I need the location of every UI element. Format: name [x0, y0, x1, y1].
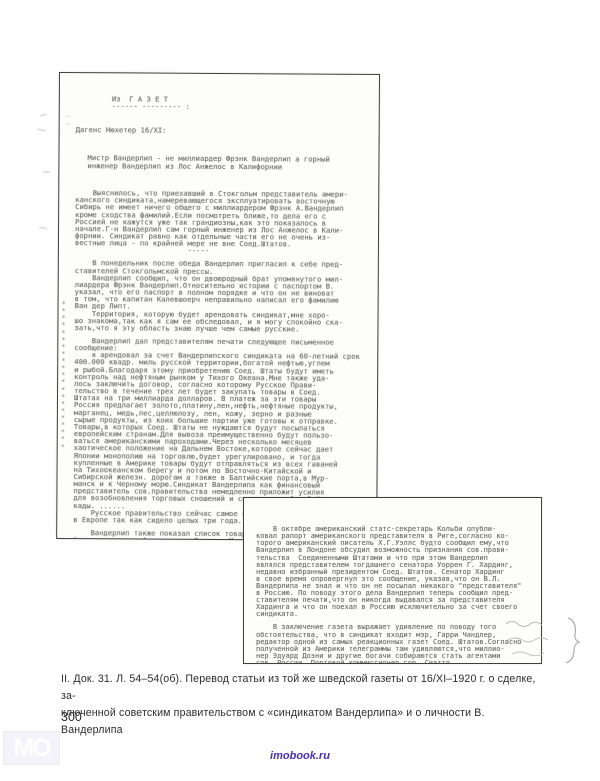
- pencil-smudge: [39, 226, 47, 229]
- typed-paragraph: В заключение газета выражает удивление п…: [256, 624, 532, 664]
- doc1-paragraph-list: Выяснилось, что приехавший в Стокгольм п…: [73, 189, 371, 541]
- scanned-document-1: Из Г А З Е Т ------ --------- : Дагенс Н…: [56, 72, 380, 541]
- typed-text-doc1: Из Г А З Е Т ------ --------- : Дагенс Н…: [57, 73, 379, 541]
- typed-paragraph: Выяснилось, что приехавший в Стокгольм п…: [75, 189, 371, 255]
- doc2-paragraph-list: В октябре американский статс-секретарь К…: [256, 526, 532, 664]
- doc1-header: Из Г А З Е Т ------ --------- :: [112, 96, 372, 112]
- typed-text-doc2: В октябре американский статс-секретарь К…: [244, 498, 541, 664]
- scanned-document-2: В октябре американский статс-секретарь К…: [243, 497, 542, 664]
- pencil-smudge: [37, 128, 46, 131]
- book-page: Из Г А З Е Т ------ --------- : Дагенс Н…: [0, 0, 600, 781]
- watermark-link[interactable]: imobook.ru: [0, 750, 600, 762]
- pencil-smudge: [43, 171, 50, 174]
- pencil-annotation: [504, 614, 584, 671]
- typed-paragraph: В понедельник после обеда Вандерлип приг…: [74, 260, 370, 333]
- pencil-smudge: [40, 113, 47, 117]
- doc1-margin-dots: . .: [66, 111, 70, 127]
- doc1-dateline: Дагенс Нюхетер 16/XI:: [76, 126, 372, 135]
- doc1-subtitle: Мистр Вандерлип - не миллиардер Фрэнк Ва…: [87, 155, 371, 171]
- figure-caption: II. Док. 31. Л. 54–54(об). Перевод стать…: [61, 671, 549, 739]
- pencil-annotation-drawing: [504, 614, 584, 666]
- typed-paragraph: В октябре американский статс-секретарь К…: [256, 526, 532, 618]
- page-number: 300: [61, 710, 82, 724]
- doc1-header-underline: ------ --------- :: [112, 102, 190, 111]
- publisher-logo: MO: [3, 731, 60, 765]
- curly-brace-mark: [566, 618, 579, 663]
